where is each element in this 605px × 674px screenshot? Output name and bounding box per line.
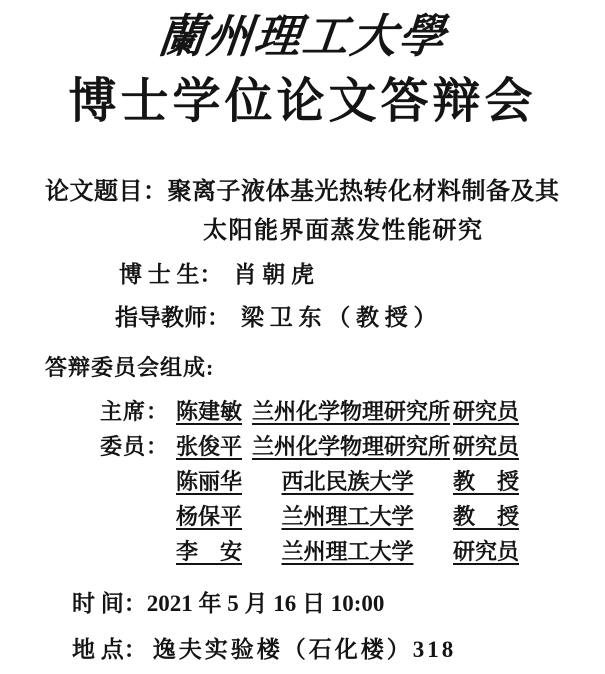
committee-institution-text: 西北民族大学	[281, 469, 413, 494]
committee-member-name-text: 李 安	[176, 539, 242, 564]
committee-role: 委员：	[100, 430, 176, 461]
committee-role: 主席：	[100, 395, 176, 426]
location-row: 地 点：逸夫实验楼（石化楼）318	[72, 636, 605, 664]
committee-table: 主席： 陈建敏 兰州化学物理研究所 研究员 委员： 张俊平 兰州化学物理研究所 …	[0, 393, 605, 568]
committee-institution: 兰州化学物理研究所	[252, 430, 443, 461]
thesis-title-label: 论文题目：	[45, 179, 168, 205]
committee-member-name: 李 安	[176, 535, 248, 566]
committee-member-name: 陈建敏	[176, 395, 248, 426]
student-label: 博 士 生：	[119, 262, 223, 287]
defense-announcement-page: 蘭州理工大學 博士学位论文答辩会 论文题目：聚离子液体基光热转化材料制备及其 太…	[0, 6, 605, 674]
committee-member-title-text: 研究员	[453, 399, 519, 424]
committee-institution-text: 兰州理工大学	[281, 504, 413, 529]
location-value: 逸夫实验楼（石化楼）318	[153, 637, 457, 662]
committee-member-name-text: 陈丽华	[176, 469, 242, 494]
committee-member-name: 张俊平	[176, 430, 248, 461]
committee-row: 杨保平 兰州理工大学 教 授	[0, 498, 605, 533]
committee-member-title-text: 教 授	[453, 469, 519, 494]
time-label: 时 间：	[72, 591, 147, 616]
committee-institution: 西北民族大学	[252, 465, 443, 496]
committee-member-name: 杨保平	[176, 500, 248, 531]
committee-member-title: 教 授	[450, 500, 522, 531]
committee-institution: 兰州化学物理研究所	[252, 395, 443, 426]
student-row: 博 士 生：肖 朝 虎	[119, 262, 605, 288]
committee-institution-text: 兰州化学物理研究所	[252, 434, 450, 459]
committee-institution-text: 兰州理工大学	[281, 539, 413, 564]
committee-member-name-text: 张俊平	[176, 434, 242, 459]
committee-institution: 兰州理工大学	[252, 535, 443, 566]
committee-section-label: 答辩委员会组成:	[45, 355, 605, 381]
committee-row: 陈丽华 西北民族大学 教 授	[0, 463, 605, 498]
committee-member-title: 研究员	[450, 430, 522, 461]
committee-member-name: 陈丽华	[176, 465, 248, 496]
thesis-title-line2: 太阳能界面蒸发性能研究	[203, 216, 605, 246]
committee-row: 委员： 张俊平 兰州化学物理研究所 研究员	[0, 428, 605, 463]
committee-row: 李 安 兰州理工大学 研究员	[0, 533, 605, 568]
location-label: 地 点：	[72, 637, 147, 662]
university-calligraphy-logo: 蘭州理工大學	[0, 6, 605, 68]
committee-member-name-text: 陈建敏	[176, 399, 242, 424]
committee-member-title: 研究员	[450, 395, 522, 426]
committee-institution-text: 兰州化学物理研究所	[252, 399, 450, 424]
committee-row: 主席： 陈建敏 兰州化学物理研究所 研究员	[0, 393, 605, 428]
student-name: 肖 朝 虎	[234, 262, 315, 287]
committee-member-title-text: 教 授	[453, 504, 519, 529]
advisor-row: 指导教师：梁 卫 东 （ 教 授 ）	[115, 305, 605, 331]
advisor-label: 指导教师：	[115, 305, 230, 330]
time-row: 时 间：2021 年 5 月 16 日 10:00	[72, 590, 605, 618]
thesis-title-row: 论文题目：聚离子液体基光热转化材料制备及其	[45, 177, 605, 207]
committee-member-title-text: 研究员	[453, 539, 519, 564]
committee-member-title-text: 研究员	[453, 434, 519, 459]
page-title: 博士学位论文答辩会	[0, 76, 605, 128]
time-value: 2021 年 5 月 16 日 10:00	[147, 591, 385, 616]
committee-member-name-text: 杨保平	[176, 504, 242, 529]
advisor-name: 梁 卫 东 （ 教 授 ）	[241, 305, 437, 330]
committee-member-title: 教 授	[450, 465, 522, 496]
thesis-title-line1: 聚离子液体基光热转化材料制备及其	[168, 179, 560, 205]
committee-institution: 兰州理工大学	[252, 500, 443, 531]
committee-member-title: 研究员	[450, 535, 522, 566]
